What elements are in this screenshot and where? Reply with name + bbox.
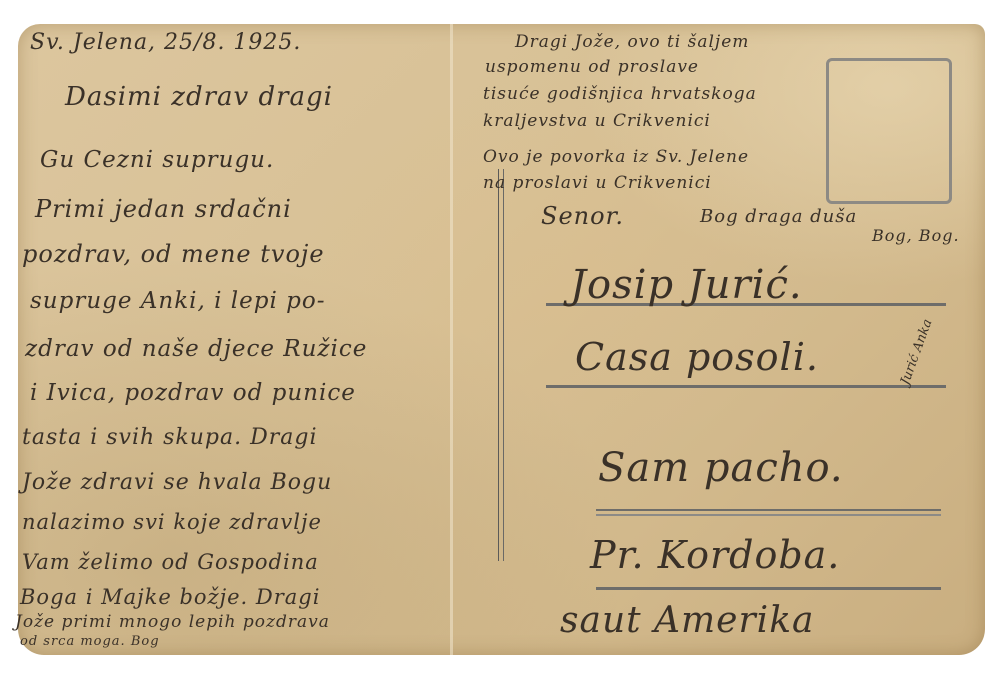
salutation-text: Senor. [541,202,624,230]
address-line-text: Josip Jurić. [570,262,803,308]
message-line: na proslavi u Crikvenici [483,173,712,193]
message-line: kraljevstva u Crikvenici [483,111,711,131]
message-line: pozdrav, od mene tvoje [22,240,325,268]
message-line: uspomenu od proslave [485,57,699,77]
address-line-text: saut Amerika [560,600,814,641]
fold-crease [450,24,453,655]
message-line: tisuće godišnjica hrvatskoga [483,84,757,104]
blessing-text-2: Bog, Bog. [872,226,960,245]
message-line: Primi jedan srdačni [35,195,292,223]
message-line: nalazimo svi koje zdravlje [22,510,322,534]
address-line-3 [596,509,941,511]
center-divider-line [498,169,504,561]
message-line: supruge Anki, i lepi po- [30,288,326,314]
stamp-box [826,58,952,204]
address-line-text: Sam pacho. [598,445,844,491]
message-line: Dragi Jože, ovo ti šaljem [515,32,749,52]
address-line-4 [596,587,941,590]
message-line: Boga i Majke božje. Dragi [20,585,320,609]
message-line: Jože primi mnogo lepih pozdrava [15,612,330,632]
message-line: Dasimi zdrav dragi [65,82,333,112]
message-line: od srca moga. Bog [20,634,160,649]
message-line: Jože zdravi se hvala Bogu [22,470,332,495]
message-line: Vam želimo od Gospodina [22,550,319,574]
address-line-text: Pr. Kordoba. [590,533,840,577]
message-line: Ovo je povorka iz Sv. Jelene [483,147,749,167]
message-line: Gu Cezni suprugu. [40,147,274,173]
message-line: i Ivica, pozdrav od punice [30,380,356,406]
address-line-text: Casa posoli. [575,335,819,379]
address-line-2 [546,385,946,388]
message-line: tasta i svih skupa. Dragi [22,425,318,450]
message-line: Sv. Jelena, 25/8. 1925. [30,30,301,55]
blessing-text: Bog draga duša [700,206,857,227]
message-line: zdrav od naše djece Ružice [25,336,367,362]
